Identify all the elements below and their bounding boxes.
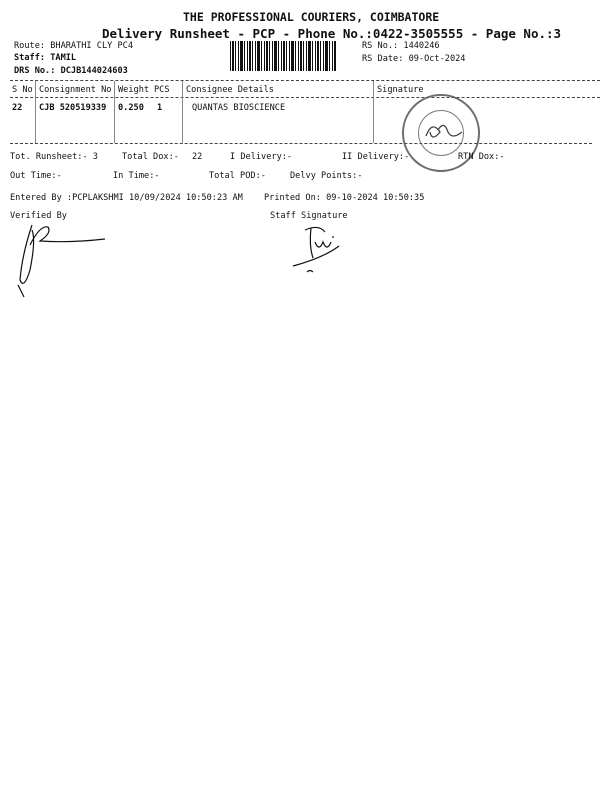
company-title: THE PROFESSIONAL COURIERS, COIMBATORE — [183, 10, 439, 24]
column-header-pcs: PCS — [154, 85, 170, 95]
staff: Staff: TAMIL — [14, 53, 76, 63]
second-delivery: II Delivery:- — [342, 152, 409, 162]
column-header-weight: Weight — [118, 85, 149, 95]
rs-date: RS Date: 09-Oct-2024 — [362, 54, 465, 64]
column-header-signature: Signature — [377, 85, 424, 95]
delivery-points: Delvy Points:- — [290, 171, 362, 181]
column-header-sno: S No — [12, 85, 33, 95]
cell-consignee: QUANTAS BIOSCIENCE — [192, 103, 285, 113]
in-time: In Time:- — [113, 171, 160, 181]
divider — [10, 80, 600, 81]
total-dox-label: Total Dox:- — [122, 152, 179, 162]
column-header-consignment: Consignment No — [39, 85, 111, 95]
divider — [10, 97, 600, 98]
total-dox-value: 22 — [192, 152, 202, 162]
entered-by: Entered By :PCPLAKSHMI 10/09/2024 10:50:… — [10, 193, 243, 203]
total-runsheet: Tot. Runsheet:- 3 — [10, 152, 98, 162]
col-divider — [182, 81, 183, 143]
out-time: Out Time:- — [10, 171, 62, 181]
first-delivery: I Delivery:- — [230, 152, 292, 162]
barcode — [230, 41, 337, 71]
cell-sno: 22 — [12, 103, 22, 113]
cell-consignment: CJB 520519339 — [39, 103, 106, 113]
divider — [10, 143, 592, 144]
printed-on: Printed On: 09-10-2024 10:50:35 — [264, 193, 424, 203]
route: Route: BHARATHI CLY PC4 — [14, 41, 133, 51]
return-dox: RTN Dox:- — [458, 152, 505, 162]
column-header-consignee: Consignee Details — [186, 85, 274, 95]
runsheet-subtitle: Delivery Runsheet - PCP - Phone No.:0422… — [102, 26, 561, 41]
total-pod: Total POD:- — [209, 171, 266, 181]
drs-number: DRS No.: DCJB144024603 — [14, 66, 128, 76]
col-divider — [114, 81, 115, 143]
rs-number: RS No.: 1440246 — [362, 41, 440, 51]
cell-pcs: 1 — [157, 103, 162, 113]
col-divider — [35, 81, 36, 143]
col-divider — [373, 81, 374, 143]
cell-weight: 0.250 — [118, 103, 144, 113]
